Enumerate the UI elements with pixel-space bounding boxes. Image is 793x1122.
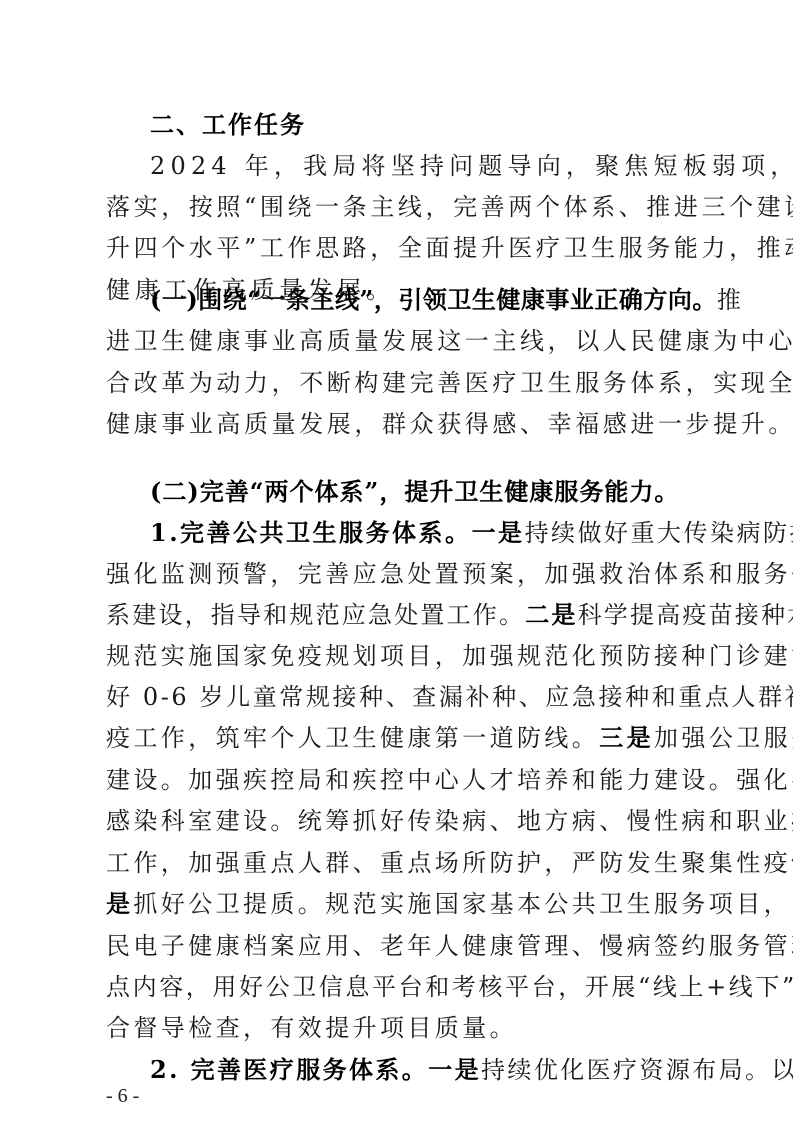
item1-line-9: 工作，加强重点人群、重点场所防护，严防发生聚集性疫情。四 — [106, 843, 696, 883]
sub1-line-3: 合改革为动力，不断构建完善医疗卫生服务体系，实现全县卫生 — [106, 363, 696, 403]
item1-line-12: 点内容，用好公卫信息平台和考核平台，开展“线上+线下”相结 — [106, 967, 696, 1007]
item1-line-2: 强化监测预警，完善应急处置预案，加强救治体系和服务保障体 — [106, 554, 696, 594]
item1-line-10: 是抓好公卫提质。规范实施国家基本公共卫生服务项目，围绕居 — [106, 884, 696, 924]
item1-line-11: 民电子健康档案应用、老年人健康管理、慢病签约服务管理等重 — [106, 926, 696, 966]
item2-bold: 一是 — [428, 1055, 481, 1084]
item1-text-3a: 系建设，指导和规范应急处置工作。 — [106, 601, 525, 629]
item2-line-1: 2. 完善医疗服务体系。一是持续优化医疗资源布局。以紧密 — [150, 1050, 696, 1090]
item2-text: 持续优化医疗资源布局。以紧密 — [481, 1056, 793, 1084]
item1-bold-1: 一是 — [472, 518, 525, 547]
item1-line-13: 合督导检查，有效提升项目质量。 — [106, 1008, 696, 1048]
section-heading: 二、工作任务 — [150, 105, 740, 145]
item1-text-9a: 工作，加强重点人群、重点场所防护，严防发生聚集性疫情。 — [106, 849, 793, 877]
item1-line-8: 感染科室建设。统筹抓好传染病、地方病、慢性病和职业病防治 — [106, 801, 696, 841]
item1-text-6b: 加强公卫服务能力 — [654, 724, 793, 752]
item1-line-6: 疫工作，筑牢个人卫生健康第一道防线。三是加强公卫服务能力 — [106, 718, 696, 758]
item1-line-4: 规范实施国家免疫规划项目，加强规范化预防接种门诊建设，做 — [106, 636, 696, 676]
sub1-line-4: 健康事业高质量发展，群众获得感、幸福感进一步提升。 — [106, 404, 696, 444]
sub1-heading-rest: 推 — [717, 286, 742, 314]
item1-bold-2: 二是 — [525, 600, 577, 629]
sub1-heading-line: (一)围绕“一条主线”，引领卫生健康事业正确方向。推 — [150, 280, 696, 320]
intro-line-1: 2024 年，我局将坚持问题导向，聚焦短板弱项，强化措施 — [150, 146, 696, 186]
item1-text-3b: 科学提高疫苗接种水平。 — [578, 601, 793, 629]
item1-bold-4b: 是 — [106, 889, 133, 918]
item1-text-10: 抓好公卫提质。规范实施国家基本公共卫生服务项目，围绕居 — [133, 890, 793, 918]
sub2-heading: (二)完善“两个体系”，提升卫生健康服务能力。 — [150, 472, 696, 512]
intro-line-3: 升四个水平”工作思路，全面提升医疗卫生服务能力，推动卫生 — [106, 228, 696, 268]
sub1-heading: (一)围绕“一条主线”，引领卫生健康事业正确方向。 — [150, 285, 717, 314]
item1-title: 1.完善公共卫生服务体系。 — [150, 518, 472, 547]
item1-line-5: 好 0-6 岁儿童常规接种、查漏补种、应急接种和重点人群补充免 — [106, 677, 696, 717]
item2-title: 2. 完善医疗服务体系。 — [150, 1055, 428, 1084]
item1-text-1: 持续做好重大传染病防控。 — [525, 519, 793, 547]
sub1-line-2: 进卫生健康事业高质量发展这一主线，以人民健康为中心，以综 — [106, 321, 696, 361]
item1-line-1: 1.完善公共卫生服务体系。一是持续做好重大传染病防控。 — [150, 513, 696, 553]
item1-bold-3: 三是 — [599, 723, 654, 752]
intro-line-2: 落实，按照“围绕一条主线，完善两个体系、推进三个建设、提 — [106, 187, 696, 227]
item1-line-3: 系建设，指导和规范应急处置工作。二是科学提高疫苗接种水平。 — [106, 595, 696, 635]
item1-line-7: 建设。加强疾控局和疾控中心人才培养和能力建设。强化县医院 — [106, 760, 696, 800]
item1-text-6a: 疫工作，筑牢个人卫生健康第一道防线。 — [106, 724, 599, 752]
page-number: - 6 - — [106, 1085, 139, 1108]
